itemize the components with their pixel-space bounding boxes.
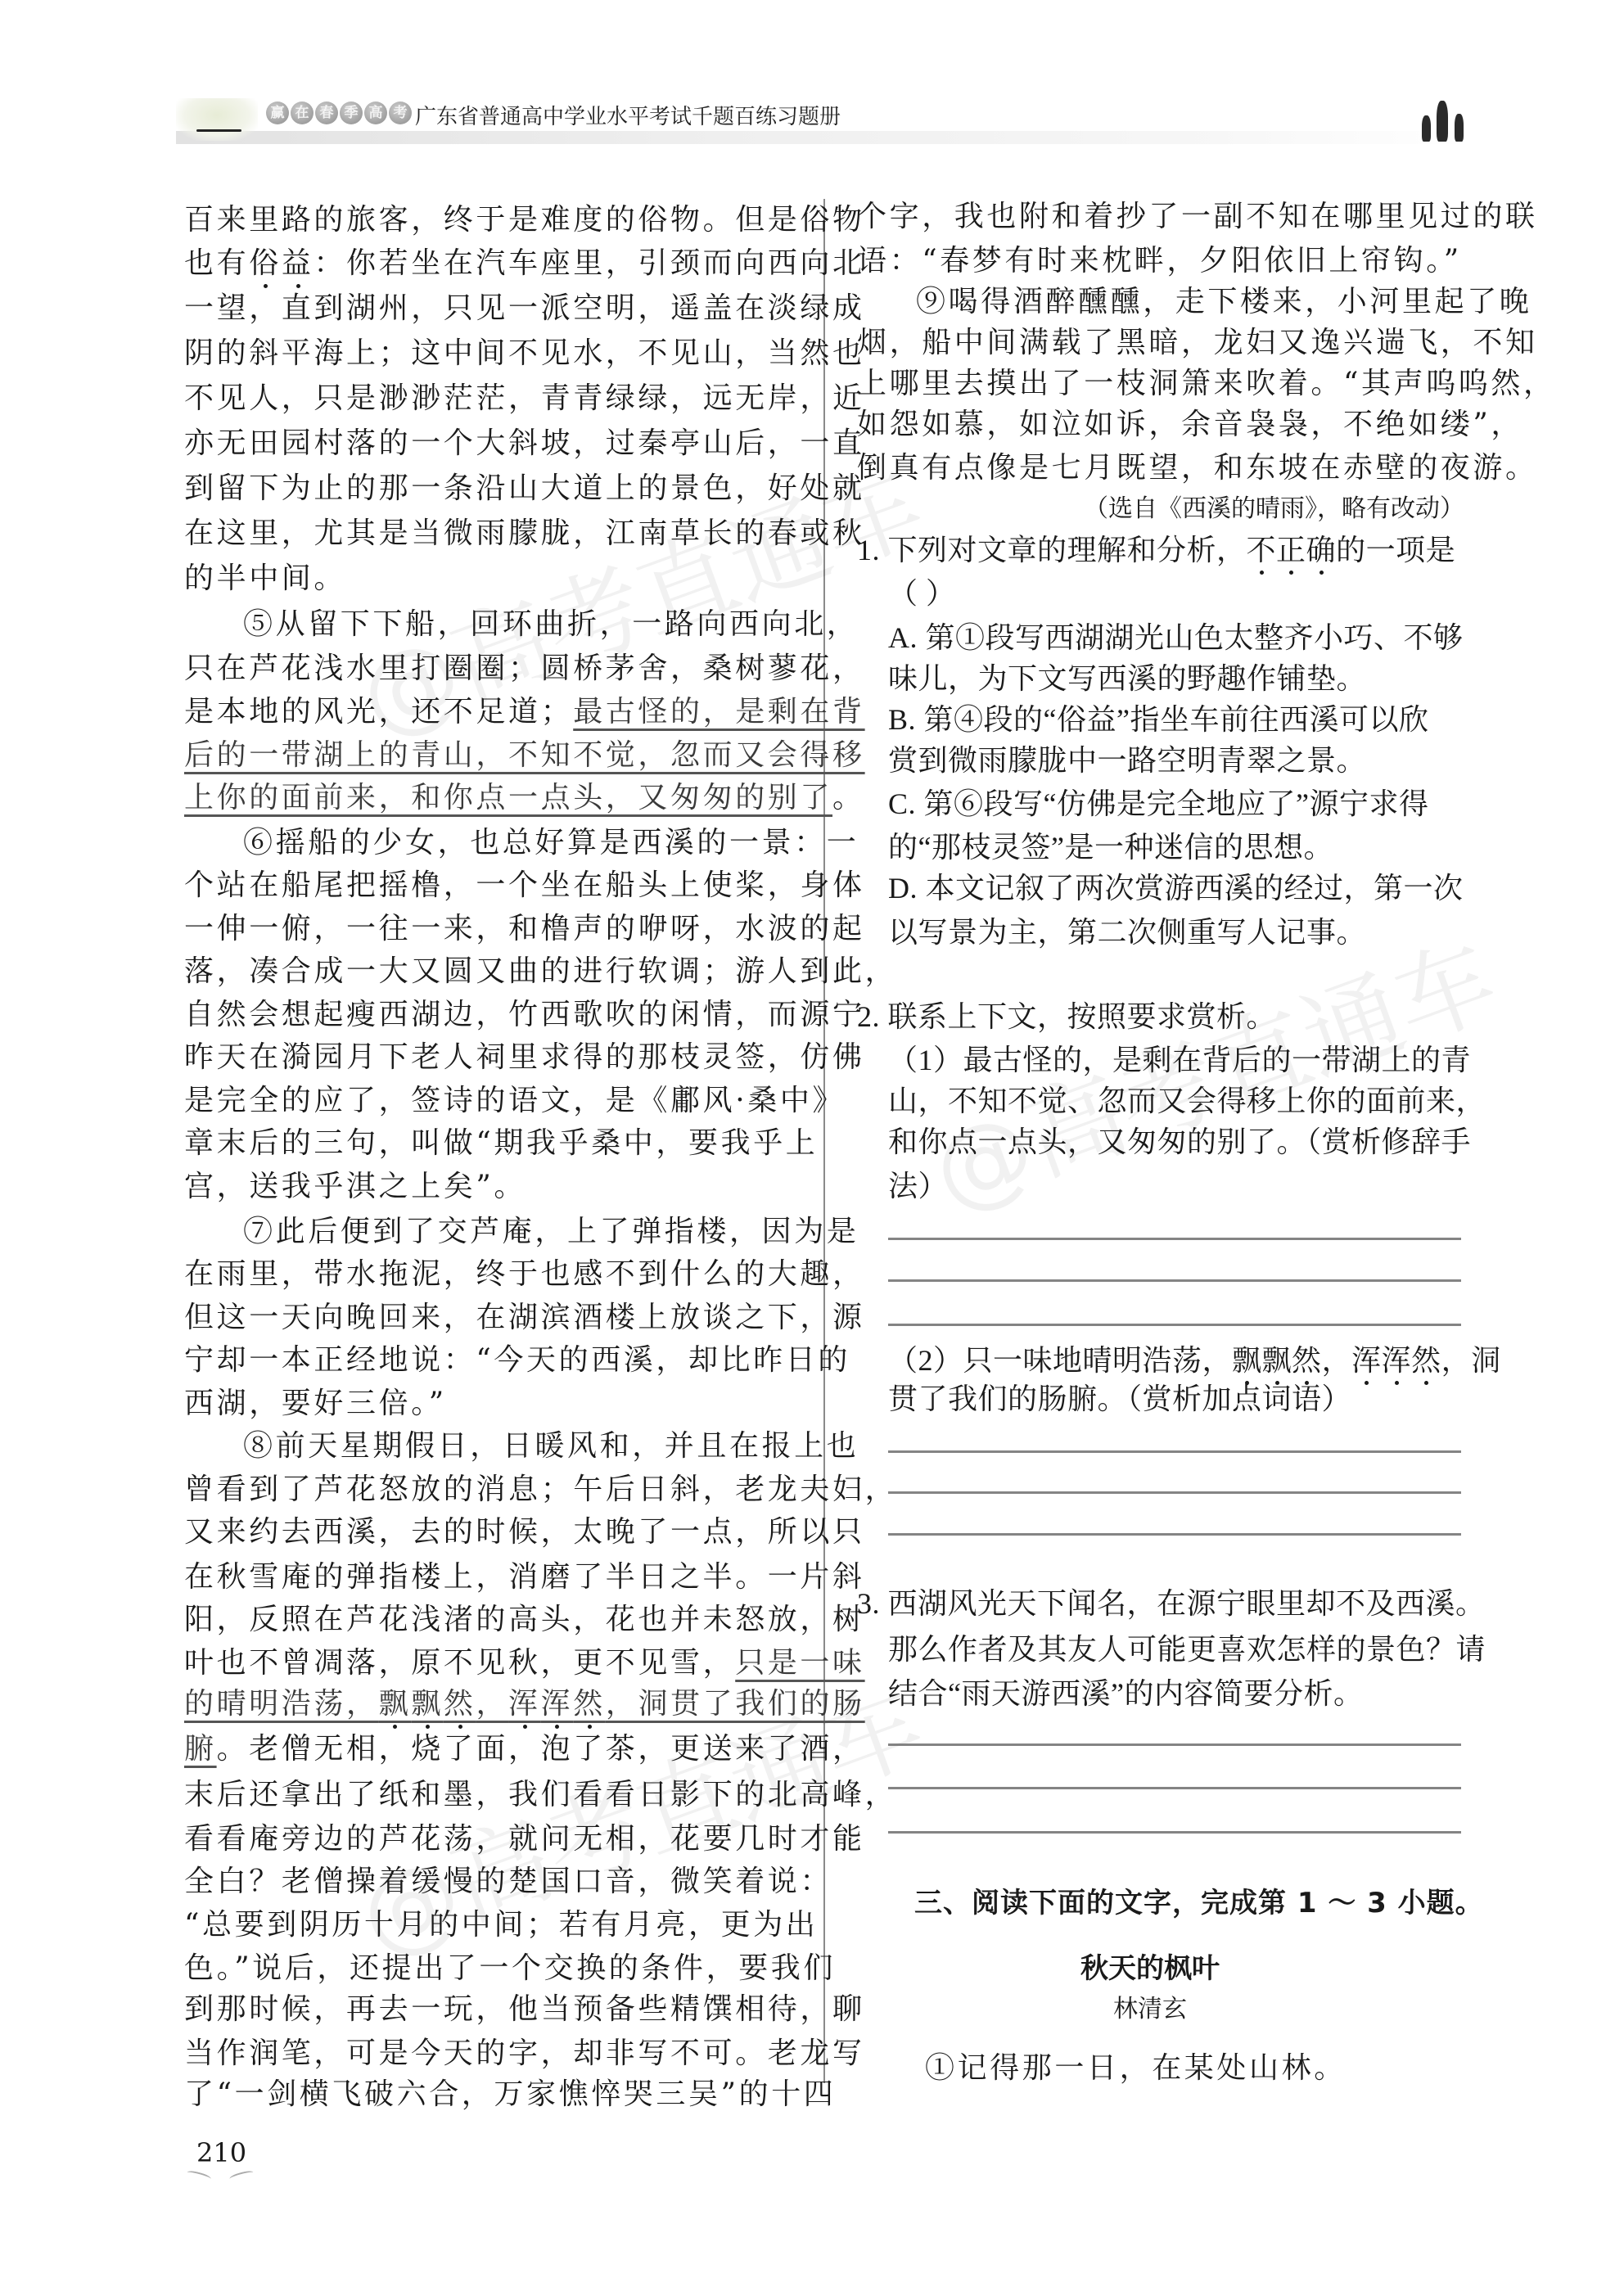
underlined-sentence: 的晴明浩荡，	[184, 1687, 379, 1721]
text-line: 在雨里，带水拖泥，终于也感不到什么的大趣，	[184, 1258, 865, 1291]
emphasis-dot-char: 浑	[541, 1687, 574, 1721]
sub-question-line: 法）	[888, 1170, 948, 1202]
text-segment: ，	[1322, 1344, 1352, 1377]
text-line: 当作润笔，可是今天的字，却非写不可。老龙写	[184, 2037, 865, 2070]
text-line: ①记得那一日，在某处山林。	[925, 2052, 1347, 2085]
logo-char: 春	[315, 101, 338, 124]
answer-line	[888, 1279, 1461, 1282]
logo-char: 考	[389, 101, 412, 124]
answer-option: B. 第④段的“俗益”指坐车前往西溪可以欣	[888, 703, 1428, 736]
question-3-line: 3. 西湖风光天下闻名，在源宁眼里却不及西溪。	[857, 1587, 1486, 1620]
text-line: 但这一天向晚回来，在湖滨酒楼上放谈之下，源	[184, 1301, 865, 1334]
text-line: 是完全的应了，签诗的语文，是《鄘风·桑中》	[184, 1085, 845, 1117]
text-segment: ：你若坐在汽车座里，引颈而向西向北	[314, 246, 864, 280]
text-line: 宁却一本正经地说：“今天的西溪，却比昨日的	[184, 1344, 850, 1377]
header-rule	[176, 131, 1469, 144]
text-line: 也有俗益：你若坐在汽车座里，引颈而向西向北	[184, 247, 865, 280]
text-line: 色。”说后，还提出了一个交换的条件，要我们	[184, 1952, 836, 1985]
logo-char: 季	[340, 101, 363, 124]
emphasis-dotted-text: 俗益	[249, 246, 314, 280]
article-author: 林清玄	[823, 1993, 1477, 2026]
answer-line	[888, 1743, 1461, 1746]
answer-option: 的“那枝灵签”是一种迷信的思想。	[888, 831, 1333, 864]
text-segment: ，洞	[1441, 1344, 1501, 1377]
text-line: 烟，船中间满载了黑暗，龙妇又逸兴遄飞，不知	[857, 327, 1538, 359]
question-number: 1.	[857, 534, 888, 566]
text-segment: 是本地的风光，还不足道；	[184, 695, 573, 728]
text-line: 如怨如慕，如泣如诉，余音袅袅，不绝如缕”，	[857, 408, 1523, 441]
emphasis-dot-char: 然	[1292, 1344, 1322, 1377]
text-line: 落，凑合成一大又圆又曲的进行软调；游人到此，	[184, 955, 897, 988]
answer-option: D. 本文记叙了两次赏游西溪的经过，第一次	[888, 872, 1464, 904]
text-segment: 的一项是	[1336, 534, 1455, 566]
emphasis-dot-char: 然	[444, 1687, 476, 1721]
underlined-sentence: 上你的面前来，和你点一点头，又匆匆的别了	[184, 781, 832, 814]
text-line: ⑧前天星期假日，日暖风和，并且在报上也	[243, 1430, 859, 1463]
underlined-sentence: 最古怪的，是剩在背	[573, 695, 864, 728]
emphasis-dotted-text: 飘飘然	[379, 1687, 476, 1721]
text-line: ⑤从留下下船，回环曲折，一路向西向北，	[243, 608, 859, 641]
answer-option: A. 第①段写西湖湖光山色太整齐小巧、不够	[888, 621, 1464, 654]
runners-icon	[1420, 97, 1469, 142]
text-line: 上你的面前来，和你点一点头，又匆匆的别了。	[184, 782, 865, 814]
text-line: 西湖，要好三倍。”	[184, 1387, 447, 1420]
sub-question-line: 山，不知不觉、忽而又会得移上你的面前来，	[888, 1085, 1486, 1117]
series-logo: 赢在春季高考	[266, 101, 412, 124]
text-line: 宫，送我乎淇之上矣”。	[184, 1171, 526, 1203]
text-line: 语：“春梦有时来枕畔，夕阳依旧上帘钩。”	[857, 245, 1462, 277]
sub-question-line: 和你点一点头，又匆匆的别了。（赏析修辞手	[888, 1125, 1471, 1158]
text-segment: （2）只一味地晴明浩荡，	[888, 1344, 1232, 1377]
answer-option: C. 第⑥段写“仿佛是完全地应了”源宁求得	[888, 787, 1428, 820]
question-2-stem: 2. 联系上下文，按照要求赏析。	[857, 1000, 1276, 1033]
text-line: 不见人，只是渺渺茫茫，青青绿绿，远无岸，近	[184, 382, 865, 415]
source-credit: （选自《西溪的晴雨》，略有改动）	[1084, 493, 1464, 526]
question-3-line: 结合“雨天游西溪”的内容简要分析。	[888, 1677, 1363, 1710]
text-line: 是本地的风光，还不足道；最古怪的，是剩在背	[184, 696, 865, 728]
text-line: 又来约去西溪，去的时候，太晚了一点，所以只	[184, 1516, 865, 1549]
text-line: 亦无田园村落的一个大斜坡，过秦亭山后，一直	[184, 427, 865, 460]
text-line: 倒真有点像是七月既望，和东坡在赤壁的夜游。	[857, 452, 1538, 485]
text-line: ⑨喝得酒醉醺醺，走下楼来，小河里起了晚	[916, 286, 1532, 318]
emphasis-dot-char: 然	[573, 1687, 606, 1721]
answer-option: 味儿，为下文写西溪的野趣作铺垫。	[888, 662, 1366, 695]
text-line: 的晴明浩荡，飘飘然，浑浑然，洞贯了我们的肠	[184, 1688, 865, 1721]
text-line: 一伸一俯，一往一来，和橹声的咿呀，水波的起	[184, 913, 865, 945]
emphasis-dot-char: 飘	[1262, 1344, 1292, 1377]
text-line: 一望，直到湖州，只见一派空明，遥盖在淡绿成	[184, 292, 865, 325]
answer-line	[888, 1238, 1461, 1240]
page-ornament-icon	[187, 2170, 260, 2181]
emphasis-dot-char: 飘	[1232, 1344, 1262, 1377]
text-line: 自然会想起瘦西湖边，竹西歌吹的闲情，而源宁	[184, 999, 865, 1031]
emphasis-dot-char: 不	[1247, 534, 1277, 566]
emphasis-dot-char: 浑	[508, 1687, 541, 1721]
text-line: 阳，反照在芦花浅渚的高头，花也并未怒放，树	[184, 1604, 865, 1636]
emphasis-dot-char: 益	[282, 246, 314, 280]
answer-line	[888, 1450, 1461, 1453]
underlined-sentence: ，洞贯了我们的肠	[606, 1687, 865, 1721]
text-line: 末后还拿出了纸和墨，我们看看日影下的北高峰，	[184, 1779, 897, 1811]
answer-option: 赏到微雨朦胧中一路空明青翠之景。	[888, 744, 1366, 777]
answer-line	[888, 1787, 1461, 1789]
text-line: 昨天在漪园月下老人祠里求得的那枝灵签，仿佛	[184, 1041, 865, 1074]
text-line: 上哪里去摸出了一枝洞箫来吹着。“其声呜呜然，	[857, 368, 1556, 400]
emphasis-dot-char: 然	[1411, 1344, 1441, 1377]
answer-blank-paren: （ ）	[888, 577, 956, 610]
emphasis-dot-char: 确	[1306, 534, 1337, 566]
text-line: 在秋雪庵的弹指楼上，消磨了半日之半。一片斜	[184, 1561, 865, 1594]
emphasis-dot-char: 飘	[411, 1687, 444, 1721]
text-line: ⑥摇船的少女，也总好算是西溪的一景：一	[243, 827, 859, 859]
text-line: 全白？老僧操着缓慢的楚国口音，微笑着说：	[184, 1865, 832, 1898]
emphasis-dotted-text: 飘飘然	[1232, 1344, 1322, 1377]
running-header: 赢在春季高考 广东省普通高中学业水平考试千题百练习题册	[176, 92, 1469, 149]
logo-char: 高	[364, 101, 387, 124]
text-line: ⑦此后便到了交芦庵，上了弹指楼，因为是	[243, 1216, 859, 1248]
section-heading: 三、阅读下面的文字，完成第 1 ～ 3 小题。	[914, 1887, 1484, 1919]
text-line: 了“一剑横飞破六合，万家憔悴哭三吴”的十四	[184, 2078, 836, 2111]
text-line: 叶也不曾凋落，原不见秋，更不见雪，只是一味	[184, 1647, 865, 1680]
page-number: 210	[196, 2138, 246, 2167]
article-title: 秋天的枫叶	[823, 1952, 1477, 1985]
text-segment: 。	[832, 781, 865, 814]
text-line: 到那时候，再去一玩，他当预备些精馔相待，聊	[184, 1993, 865, 2026]
underlined-sentence: 腑	[184, 1732, 217, 1766]
book-title: 广东省普通高中学业水平考试千题百练习题册	[415, 100, 841, 130]
text-segment: 也有	[184, 246, 249, 280]
logo-char: 赢	[266, 101, 289, 124]
emphasis-dotted-text: 不正确	[1247, 534, 1337, 566]
question-3-line: 那么作者及其友人可能更喜欢怎样的景色？请	[888, 1633, 1486, 1666]
answer-line	[888, 1533, 1461, 1536]
text-segment: 叶也不曾凋落，原不见秋，更不见雪，	[184, 1646, 735, 1680]
answer-line	[888, 1491, 1461, 1494]
underlined-sentence: 后的一带湖上的青山，不知不觉，忽而又会得移	[184, 738, 865, 772]
emphasis-dotted-text: 浑浑然	[508, 1687, 606, 1721]
emphasis-dot-char: 飘	[379, 1687, 412, 1721]
text-line: 看看庵旁边的芦花荡，就问无相，花要几时才能	[184, 1823, 865, 1856]
text-line: 百来里路的旅客，终于是难度的俗物。但是俗物	[184, 204, 865, 237]
answer-option: 以写景为主，第二次侧重写人记事。	[888, 916, 1366, 949]
sub-question-line: （2）只一味地晴明浩荡，飘飘然，浑浑然，洞	[888, 1344, 1501, 1377]
text-line: 到留下为止的那一条沿山大道上的景色，好处就	[184, 472, 865, 505]
answer-line	[888, 1324, 1461, 1326]
emphasis-dotted-text: 浑浑然	[1351, 1344, 1441, 1377]
text-line: 个字，我也附和着抄了一副不知在哪里见过的联	[857, 201, 1538, 233]
text-line: 腑。老僧无相，烧了面，泡了茶，更送来了酒，	[184, 1733, 865, 1766]
landscape-logo-icon	[176, 98, 258, 141]
text-line: 在这里，尤其是当微雨朦胧，江南草长的春或秋	[184, 517, 865, 550]
text-line: 曾看到了芦花怒放的消息；午后日斜，老龙夫妇，	[184, 1473, 897, 1506]
text-line: 章末后的三句，叫做“期我乎桑中，要我乎上	[184, 1127, 818, 1160]
underlined-sentence: 只是一味	[735, 1646, 864, 1680]
text-line: 个站在船尾把摇橹，一个坐在船头上使桨，身体	[184, 869, 865, 902]
text-line: 只在芦花浅水里打圈圈；圆桥茅舍，桑树蓼花，	[184, 652, 865, 685]
text-line: 阴的斜平海上；这中间不见水，不见山，当然也	[184, 337, 865, 370]
text-segment: 下列对文章的理解和分析，	[888, 534, 1247, 566]
answer-line	[888, 1831, 1461, 1834]
underlined-sentence: ，	[476, 1687, 508, 1721]
question-1-stem: 1. 下列对文章的理解和分析，不正确的一项是	[857, 534, 1455, 566]
logo-char: 在	[291, 101, 314, 124]
sub-question-line: （1）最古怪的，是剩在背后的一带湖上的青	[888, 1044, 1471, 1076]
emphasis-dot-char: 浑	[1382, 1344, 1412, 1377]
text-segment: 。老僧无相，烧了面，泡了茶，更送来了酒，	[217, 1732, 865, 1766]
text-line: 的半中间。	[184, 562, 346, 595]
sub-question-line: 贯了我们的肠腑。（赏析加点词语）	[888, 1383, 1351, 1415]
emphasis-dot-char: 俗	[249, 246, 282, 280]
emphasis-dot-char: 正	[1276, 534, 1306, 566]
text-line: “总要到阴历十月的中间；若有月亮，更为出	[184, 1909, 818, 1942]
text-line: 后的一带湖上的青山，不知不觉，忽而又会得移	[184, 739, 865, 772]
emphasis-dot-char: 浑	[1351, 1344, 1382, 1377]
